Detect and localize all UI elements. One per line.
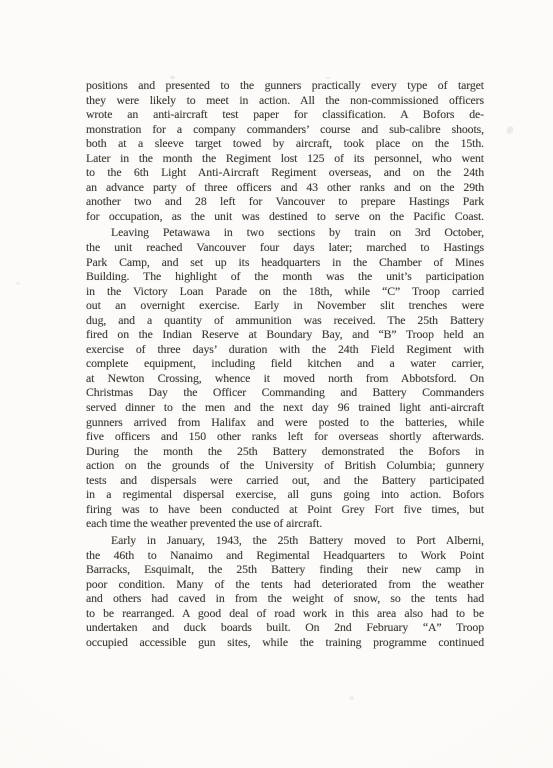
text-line: monstration for a company commanders’ co… [86,122,484,137]
text-line: During the month the 25th Battery demons… [86,444,484,459]
text-line: the 46th to Nanaimo and Regimental Headq… [86,548,484,563]
paragraph: Leaving Petawawa in two sections by trai… [86,225,484,530]
scan-artifact [506,125,515,135]
paragraph: Early in January, 1943, the 25th Battery… [86,533,484,649]
scanned-book-page: positions and presented to the gunners p… [0,0,553,768]
text-line: for occupation, as the unit was destined… [86,209,484,224]
text-line: complete equipment, including field kitc… [86,356,484,371]
text-line: Park Camp, and set up its headquarters i… [86,255,484,270]
text-line: action on the grounds of the University … [86,458,484,473]
text-line: poor condition. Many of the tents had de… [86,577,484,592]
text-line: fired on the Indian Reserve at Boundary … [86,327,484,342]
paragraph: positions and presented to the gunners p… [86,78,484,223]
text-line: they were likely to meet in action. All … [86,93,484,108]
text-line: Christmas Day the Officer Commanding and… [86,385,484,400]
text-line: an advance party of three officers and 4… [86,180,484,195]
text-line: firing was to have been conducted at Poi… [86,502,484,517]
text-line: in a regimental dispersal exercise, all … [86,487,484,502]
text-line: Building. The highlight of the month was… [86,269,484,284]
text-line: Early in January, 1943, the 25th Battery… [86,533,484,548]
text-line: positions and presented to the gunners p… [86,78,484,93]
scan-artifact [349,696,354,700]
scan-artifact [16,282,20,285]
text-line: occupied accessible gun sites, while the… [86,635,484,650]
text-line: gunners arrived from Halifax and were po… [86,415,484,430]
text-line: each time the weather prevented the use … [86,516,484,531]
text-line: Barracks, Esquimalt, the 25th Battery fi… [86,562,484,577]
text-line: served dinner to the men and the next da… [86,400,484,415]
text-line: Later in the month the Regiment lost 125… [86,151,484,166]
text-line: tests and dispersals were carried out, a… [86,473,484,488]
text-line: five officers and 150 other ranks left f… [86,429,484,444]
text-line: at Newton Crossing, whence it moved nort… [86,371,484,386]
text-line: dug, and a quantity of ammunition was re… [86,313,484,328]
text-line: to be rearranged. A good deal of road wo… [86,606,484,621]
text-line: in the Victory Loan Parade on the 18th, … [86,284,484,299]
text-line: to the 6th Light Anti-Aircraft Regiment … [86,165,484,180]
text-line: undertaken and duck boards built. On 2nd… [86,620,484,635]
text-line: Leaving Petawawa in two sections by trai… [86,225,484,240]
text-line: both at a sleeve target towed by aircraf… [86,136,484,151]
page-text: positions and presented to the gunners p… [86,78,484,649]
text-line: the unit reached Vancouver four days lat… [86,240,484,255]
text-line: wrote an anti-aircraft test paper for cl… [86,107,484,122]
text-line: another two and 28 left for Vancouver to… [86,194,484,209]
text-line: out an overnight exercise. Early in Nove… [86,298,484,313]
text-line: exercise of three days’ duration with th… [86,342,484,357]
text-line: and others had caved in from the weight … [86,591,484,606]
